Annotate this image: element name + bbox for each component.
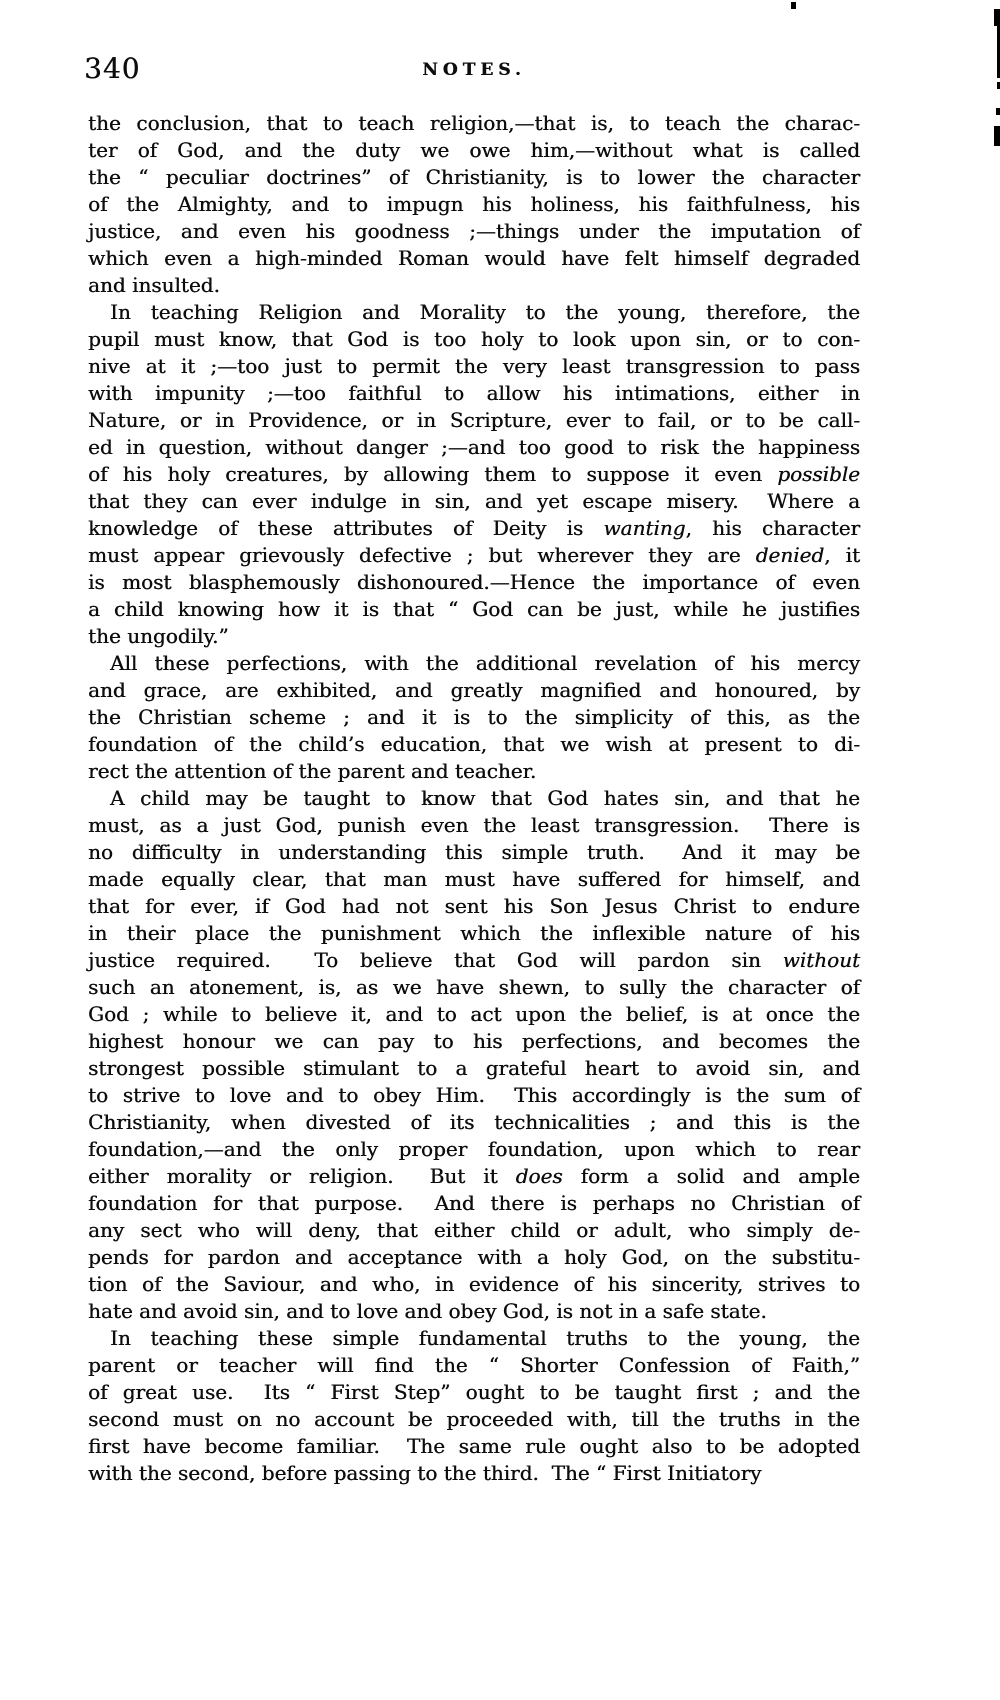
text-line: with the second, before passing to the t… — [88, 1460, 860, 1487]
text-line: is most blasphemously dishonoured.—Hence… — [88, 569, 860, 596]
text-line: justice, and even his goodness ;—things … — [88, 218, 860, 245]
text-line: first have become familiar. The same rul… — [88, 1433, 860, 1460]
text-line: with impunity ;—too faithful to allow hi… — [88, 380, 860, 407]
text-line: God ; while to believe it, and to act up… — [88, 1001, 860, 1028]
text-line: In teaching these simple fundamental tru… — [88, 1325, 860, 1352]
text-line: that for ever, if God had not sent his S… — [88, 893, 860, 920]
text-line: of great use. Its “ First Step” ought to… — [88, 1379, 860, 1406]
text-line: which even a high-minded Roman would hav… — [88, 245, 860, 272]
text-line: ed in question, without danger ;—and too… — [88, 434, 860, 461]
text-line: the “ peculiar doctrines” of Christianit… — [88, 164, 860, 191]
page-header: 340 NOTES. — [88, 52, 860, 88]
text-line: made equally clear, that man must have s… — [88, 866, 860, 893]
text-line: strongest possible stimulant to a gratef… — [88, 1055, 860, 1082]
scan-artifact-bar — [994, 9, 1000, 26]
page-body: the conclusion, that to teach religion,—… — [88, 110, 860, 1487]
text-line: pupil must know, that God is too holy to… — [88, 326, 860, 353]
scan-artifact-dot — [791, 2, 796, 9]
text-line: the ungodily.” — [88, 623, 860, 650]
text-line: Nature, or in Providence, or in Scriptur… — [88, 407, 860, 434]
scanned-book-page: 340 NOTES. the conclusion, that to teach… — [0, 0, 1000, 1700]
text-line: In teaching Religion and Morality to the… — [88, 299, 860, 326]
text-line: foundation,—and the only proper foundati… — [88, 1136, 860, 1163]
text-line: foundation of the child’s education, tha… — [88, 731, 860, 758]
text-line: foundation for that purpose. And there i… — [88, 1190, 860, 1217]
text-line: nive at it ;—too just to permit the very… — [88, 353, 860, 380]
text-line: of the Almighty, and to impugn his holin… — [88, 191, 860, 218]
text-line: tion of the Saviour, and who, in evidenc… — [88, 1271, 860, 1298]
text-line: All these perfections, with the addition… — [88, 650, 860, 677]
text-line: such an atonement, is, as we have shewn,… — [88, 974, 860, 1001]
paragraph: In teaching Religion and Morality to the… — [88, 299, 860, 650]
text-line: and insulted. — [88, 272, 860, 299]
text-line: must appear grievously defective ; but w… — [88, 542, 860, 569]
text-line: pends for pardon and acceptance with a h… — [88, 1244, 860, 1271]
text-line: justice required. To believe that God wi… — [88, 947, 860, 974]
text-line: second must on no account be proceeded w… — [88, 1406, 860, 1433]
text-line: knowledge of these attributes of Deity i… — [88, 515, 860, 542]
text-line: ter of God, and the duty we owe him,—wit… — [88, 137, 860, 164]
paragraph: All these perfections, with the addition… — [88, 650, 860, 785]
text-line: highest honour we can pay to his perfect… — [88, 1028, 860, 1055]
text-line: no difficulty in understanding this simp… — [88, 839, 860, 866]
text-line: parent or teacher will find the “ Shorte… — [88, 1352, 860, 1379]
text-line: in their place the punishment which the … — [88, 920, 860, 947]
text-line: the conclusion, that to teach religion,—… — [88, 110, 860, 137]
text-line: and grace, are exhibited, and greatly ma… — [88, 677, 860, 704]
text-line: either morality or religion. But it does… — [88, 1163, 860, 1190]
paragraph: A child may be taught to know that God h… — [88, 785, 860, 1325]
text-line: a child knowing how it is that “ God can… — [88, 596, 860, 623]
running-head: NOTES. — [88, 60, 860, 80]
text-line: the Christian scheme ; and it is to the … — [88, 704, 860, 731]
text-line: Christianity, when divested of its techn… — [88, 1109, 860, 1136]
text-line: of his holy creatures, by allowing them … — [88, 461, 860, 488]
text-line: hate and avoid sin, and to love and obey… — [88, 1298, 860, 1325]
text-line: that they can ever indulge in sin, and y… — [88, 488, 860, 515]
paragraph: In teaching these simple fundamental tru… — [88, 1325, 860, 1487]
scan-artifact-dash — [996, 108, 1000, 115]
paragraph: the conclusion, that to teach religion,—… — [88, 110, 860, 299]
scan-artifact-bar — [994, 126, 1000, 146]
text-line: A child may be taught to know that God h… — [88, 785, 860, 812]
text-line: any sect who will deny, that either chil… — [88, 1217, 860, 1244]
text-line: must, as a just God, punish even the lea… — [88, 812, 860, 839]
text-line: to strive to love and to obey Him. This … — [88, 1082, 860, 1109]
text-line: rect the attention of the parent and tea… — [88, 758, 860, 785]
